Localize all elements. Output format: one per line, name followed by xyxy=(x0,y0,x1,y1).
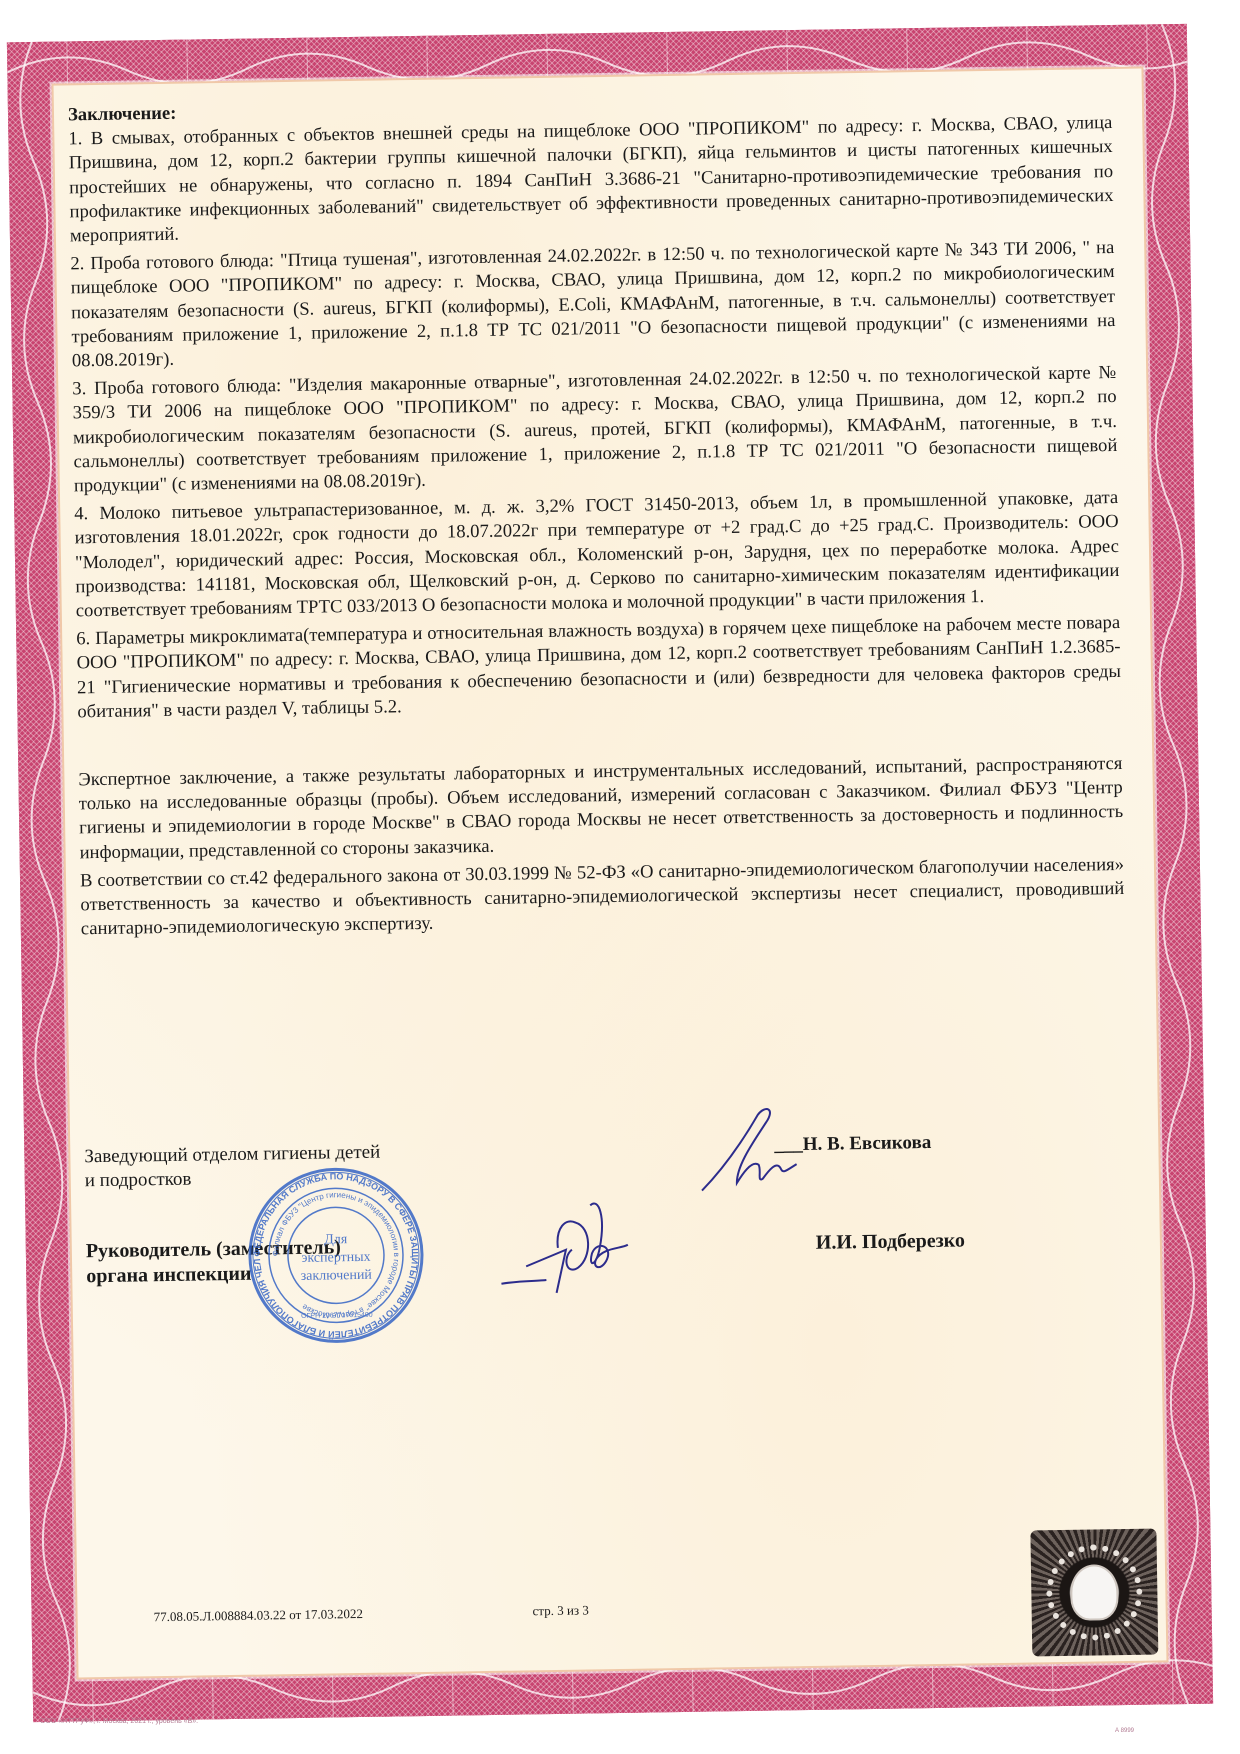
svg-text:заключений: заключений xyxy=(301,1268,373,1284)
disclaimer-paragraph: Экспертное заключение, а также результат… xyxy=(78,752,1123,865)
emblem-icon xyxy=(1070,1564,1119,1621)
form-serial: А 8999 xyxy=(1115,1728,1134,1734)
conclusion-section: Заключение: 1. В смывах, отобранных с об… xyxy=(68,87,1125,946)
svg-text:Для: Для xyxy=(324,1232,348,1247)
certificate-sheet: Заключение: 1. В смывах, отобранных с об… xyxy=(7,24,1213,1722)
signature-podberezko-icon xyxy=(495,1187,637,1299)
signature-evsikova-icon xyxy=(696,1104,807,1196)
hologram-seal-icon xyxy=(1030,1528,1158,1656)
conclusion-item-6: 6. Параметры микроклимата(температура и … xyxy=(76,611,1121,724)
page-number: стр. 3 из 3 xyxy=(532,1602,588,1619)
document-number: 77.08.05.Л.008884.03.22 от 17.03.2022 xyxy=(154,1606,364,1625)
svg-text:ОГРН 1067717015400: ОГРН 1067717015400 xyxy=(301,1312,373,1320)
printer-note: ООО «НТТРуФ», г. Москва, 2021 г., уровен… xyxy=(40,1718,198,1725)
conclusion-item-1: 1. В смывах, отобранных с объектов внешн… xyxy=(68,111,1114,248)
svg-text:экспертных: экспертных xyxy=(301,1250,370,1266)
signature-block: Заведующий отделом гигиены детей и подро… xyxy=(84,1129,1131,1345)
official-stamp-icon: ФЕДЕРАЛЬНАЯ СЛУЖБА ПО НАДЗОРУ В СФЕРЕ ЗА… xyxy=(247,1166,426,1345)
chief-name: И.И. Подберезко xyxy=(816,1229,965,1254)
hologram-ring xyxy=(1046,1544,1143,1641)
conclusion-item-3: 3. Проба готового блюда: "Изделия макаро… xyxy=(72,361,1118,498)
conclusion-item-4: 4. Молоко питьевое ультрапастеризованное… xyxy=(74,486,1120,623)
document-body: Заключение: 1. В смывах, отобранных с об… xyxy=(54,69,1167,1678)
legal-note-paragraph: В соответствии со ст.42 федерального зак… xyxy=(80,853,1125,942)
conclusion-item-2: 2. Проба готового блюда: "Птица тушеная"… xyxy=(70,236,1116,373)
